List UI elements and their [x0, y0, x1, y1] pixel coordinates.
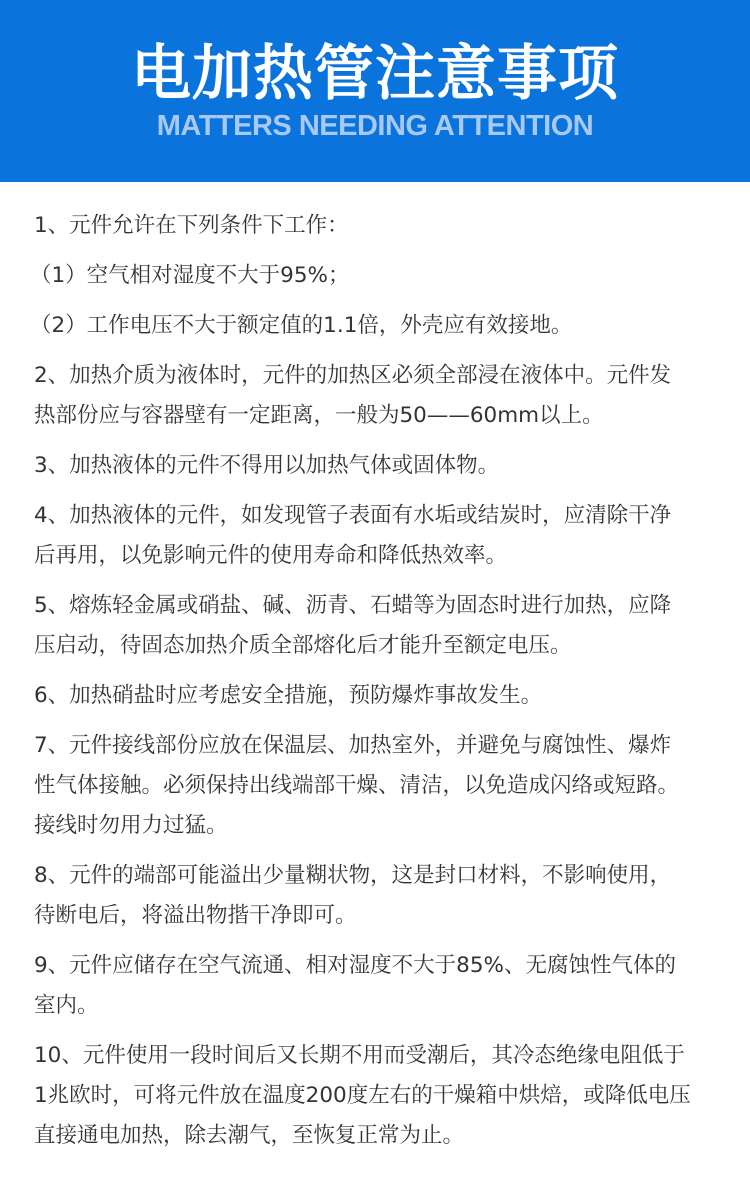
notice-line: 待断电后，将溢出物揩干净即可。 [34, 896, 750, 936]
notice-line: 压启动，待固态加热介质全部熔化后才能升至额定电压。 [34, 626, 750, 666]
notice-item-4: 4、加热液体的元件，如发现管子表面有水垢或结炭时，应清除干净 后再用，以免影响元… [34, 496, 750, 576]
notice-item-7: 7、元件接线部份应放在保温层、加热室外，并避免与腐蚀性、爆炸 性气体接触。必须保… [34, 726, 750, 846]
notice-line: 2、加热介质为液体时，元件的加热区必须全部浸在液体中。元件发 [34, 356, 750, 396]
page-subtitle: MATTERS NEEDING ATTENTION [0, 106, 750, 146]
notice-line: 9、元件应储存在空气流通、相对湿度不大于85%、无腐蚀性气体的 [34, 946, 750, 986]
notice-subitem-1: （1）空气相对湿度不大于95%； [34, 256, 750, 296]
notice-line: （2）工作电压不大于额定值的1.1倍，外壳应有效接地。 [34, 306, 750, 346]
notice-line: 1兆欧时，可将元件放在温度200度左右的干燥箱中烘焙，或降低电压 [34, 1076, 750, 1116]
notice-line: 性气体接触。必须保持出线端部干燥、清洁，以免造成闪络或短路。 [34, 766, 750, 806]
notice-subitem-2: （2）工作电压不大于额定值的1.1倍，外壳应有效接地。 [34, 306, 750, 346]
notice-line: 4、加热液体的元件，如发现管子表面有水垢或结炭时，应清除干净 [34, 496, 750, 536]
notice-line: 3、加热液体的元件不得用以加热气体或固体物。 [34, 446, 750, 486]
notice-item-6: 6、加热硝盐时应考虑安全措施，预防爆炸事故发生。 [34, 676, 750, 716]
page-title: 电加热管注意事项 [0, 36, 750, 112]
notice-line: 5、熔炼轻金属或硝盐、碱、沥青、石蜡等为固态时进行加热，应降 [34, 586, 750, 626]
notice-item-10: 10、元件使用一段时间后又长期不用而受潮后，其冷态绝缘电阻低于 1兆欧时，可将元… [34, 1036, 750, 1156]
notice-line: 7、元件接线部份应放在保温层、加热室外，并避免与腐蚀性、爆炸 [34, 726, 750, 766]
notice-list: 1、元件允许在下列条件下工作： （1）空气相对湿度不大于95%； （2）工作电压… [34, 206, 750, 1166]
notice-line: 热部份应与容器壁有一定距离，一般为50——60mm以上。 [34, 396, 750, 436]
notice-item-1: 1、元件允许在下列条件下工作： [34, 206, 750, 246]
notice-line: 6、加热硝盐时应考虑安全措施，预防爆炸事故发生。 [34, 676, 750, 716]
notice-item-2: 2、加热介质为液体时，元件的加热区必须全部浸在液体中。元件发 热部份应与容器壁有… [34, 356, 750, 436]
notice-line: 后再用，以免影响元件的使用寿命和降低热效率。 [34, 536, 750, 576]
notice-line: 接线时勿用力过猛。 [34, 806, 750, 846]
notice-line: （1）空气相对湿度不大于95%； [34, 256, 750, 296]
header-banner: 电加热管注意事项 MATTERS NEEDING ATTENTION [0, 0, 750, 182]
notice-line: 直接通电加热，除去潮气，至恢复正常为止。 [34, 1116, 750, 1156]
notice-line: 室内。 [34, 986, 750, 1026]
notice-line: 1、元件允许在下列条件下工作： [34, 206, 750, 246]
notice-line: 10、元件使用一段时间后又长期不用而受潮后，其冷态绝缘电阻低于 [34, 1036, 750, 1076]
notice-item-5: 5、熔炼轻金属或硝盐、碱、沥青、石蜡等为固态时进行加热，应降 压启动，待固态加热… [34, 586, 750, 666]
notice-item-3: 3、加热液体的元件不得用以加热气体或固体物。 [34, 446, 750, 486]
notice-line: 8、元件的端部可能溢出少量糊状物，这是封口材料，不影响使用， [34, 856, 750, 896]
notice-item-9: 9、元件应储存在空气流通、相对湿度不大于85%、无腐蚀性气体的 室内。 [34, 946, 750, 1026]
notice-item-8: 8、元件的端部可能溢出少量糊状物，这是封口材料，不影响使用， 待断电后，将溢出物… [34, 856, 750, 936]
